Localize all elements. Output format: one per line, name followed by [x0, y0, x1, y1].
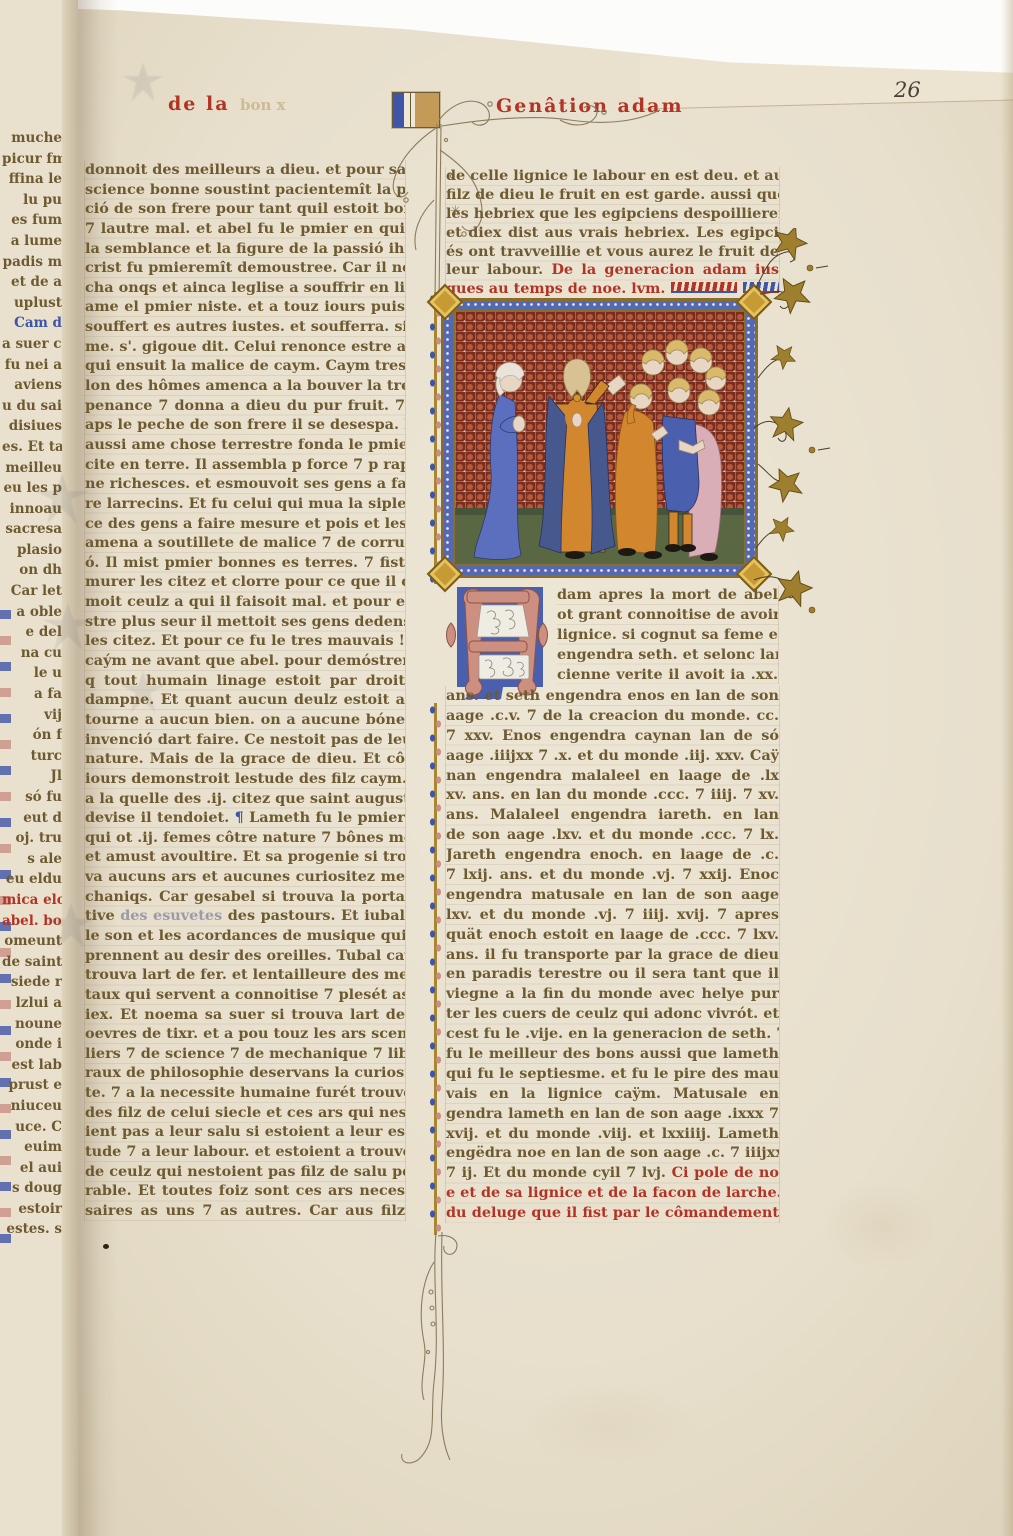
running-title-ghost-offset: bon x [240, 96, 286, 114]
text-line: picur fm [2, 149, 62, 170]
text-line: qui ot .ij. femes côtre nature 7 bônes m… [85, 828, 405, 848]
ivy-bar-border-lower [430, 703, 441, 1235]
text-line: q tout humain linage estoit par droit [85, 671, 405, 691]
miniature-frame [441, 298, 758, 578]
text-line: uplust [2, 293, 62, 314]
text-line: es. Et ta [2, 437, 62, 458]
text-line: saires as uns 7 as autres. Car aus filz [85, 1201, 405, 1221]
text-line: de ceulz qui nestoient pas filz de salu … [85, 1162, 405, 1182]
text-line: estoir [2, 1199, 62, 1220]
page-right-edge [1001, 0, 1013, 1536]
text-line: lon des hômes amenca a la bouver la tre [85, 376, 405, 396]
text-line: ot grant connoitise de avoir [557, 605, 778, 625]
text-line: qui ensuit la malice de caym. Caym tres … [85, 356, 405, 376]
text-column-2-body: ans. et seth engendra enos en lan de son… [445, 686, 780, 1223]
text-line: le son et les acordances de musique qui … [85, 926, 405, 946]
text-line: chaniqs. Car gesabel si trouva la porta [85, 887, 405, 907]
text-line: és ont travveillie et vous aurez le frui… [446, 243, 779, 262]
text-line: u du sai [2, 396, 62, 417]
text-line: de saint [2, 952, 62, 973]
text-line: re larrecins. Et fu celui qui mua la sip… [85, 494, 405, 514]
text-line: 7 ij. Et du monde cyil 7 lvj. Ci pole de… [446, 1163, 779, 1183]
text-line: viegne a la fin du monde avec helye pur [446, 984, 779, 1004]
text-line: va aucuns ars et aucunes curiositez me [85, 867, 405, 887]
text-line: aps le peche de son frere il se desespa.… [85, 415, 405, 435]
text-line: ció de son frere pour tant quil estoit b… [85, 199, 405, 219]
text-line: tive des esuvetes des pastours. Et iubal [85, 906, 405, 926]
text-line: gendra lameth en lan de son aage .ixxx 7 [446, 1104, 779, 1124]
text-line: siede r [2, 972, 62, 993]
gold-ivy-leaf-spray [752, 228, 838, 614]
miniature-adam-eve-and-descendants [453, 310, 746, 566]
text-line: ans. il fu transporte par la grace de di… [446, 945, 779, 965]
text-line: lxv. et du monde .vj. 7 iiij. xvij. 7 ap… [446, 905, 779, 925]
text-line: les hebriex que les egipciens despoillie… [446, 205, 779, 224]
text-line: raux de philosophie deservans la curiosi [85, 1063, 405, 1083]
text-line: souffert es autres iustes. et soufferra.… [85, 317, 405, 337]
text-line: aviens [2, 375, 62, 396]
text-line: ón f [2, 725, 62, 746]
text-line: de celle lignice le labour en est deu. e… [446, 167, 779, 186]
text-line: eut d [2, 808, 62, 829]
text-line: ne richesces. et esmouvoit ses gens a fa… [85, 474, 405, 494]
text-line: cha onqs et ainca leglise a souffrir en … [85, 278, 405, 298]
ivy-bar-border-upper [430, 292, 441, 584]
previous-folio-text-fragments: muchepicur fmffina lelu pues fuma lumepa… [2, 128, 62, 1240]
text-line: invenció dart faire. Ce nestoit pas de l… [85, 730, 405, 750]
text-line: 7 lxij. ans. et du monde .vj. 7 xxij. En… [446, 865, 779, 885]
text-line: ient pas a leur salu si estoient a leur … [85, 1122, 405, 1142]
text-line: te. 7 a la necessite humaine furét trouv… [85, 1083, 405, 1103]
text-line: Car let [2, 581, 62, 602]
line-filler-ornament [671, 282, 737, 293]
text-line: turc [2, 746, 62, 767]
text-line: xvij. et du monde .viij. et lxxiiij. Lam… [446, 1124, 779, 1144]
text-line: nature. Mais de la grace de dieu. Et cô [85, 749, 405, 769]
text-line: muche [2, 128, 62, 149]
text-line: ame el pmier niste. et a touz iours puis [85, 297, 405, 317]
text-line: a la quelle des .ij. citez que saint aug… [85, 789, 405, 809]
text-line: s ale [2, 849, 62, 870]
manuscript-page: muchepicur fmffina lelu pues fuma lumepa… [0, 0, 1013, 1536]
text-line: aage .c.v. 7 de la creacion du monde. cc… [446, 706, 779, 726]
text-line: xv. ans. en lan du monde .ccc. 7 iiij. 7… [446, 785, 779, 805]
text-line: s doug [2, 1178, 62, 1199]
text-line: et de a [2, 272, 62, 293]
text-column-1: donnoit des meilleurs a dieu. et pour sa… [84, 160, 406, 1221]
text-line: donnoit des meilleurs a dieu. et pour sa… [85, 160, 405, 180]
text-line: só fu [2, 787, 62, 808]
text-line: quät enoch estoit en laage de .ccc. 7 lx… [446, 925, 779, 945]
text-line: eu eldu [2, 869, 62, 890]
text-line: penance 7 donna a dieu du pur fruit. 7 [85, 396, 405, 416]
text-line: Jareth engendra enoch. en laage de .c. [446, 845, 779, 865]
text-line: devise il tendoiet. ¶ Lameth fu le pmier [85, 808, 405, 828]
text-line: iex. Et noema sa suer si trouva lart de [85, 1005, 405, 1025]
text-column-2-beside-initial: dam apres la mort de abelot grant connoi… [557, 585, 779, 684]
text-line: 7 xxv. Enos engendra caynan lan de só [446, 726, 779, 746]
text-line: oevres de tixr. et a pou touz les ars sc… [85, 1024, 405, 1044]
text-line: Jl [2, 766, 62, 787]
text-line: onde i [2, 1034, 62, 1055]
text-line: ffina le [2, 169, 62, 190]
text-line: prust e [2, 1075, 62, 1096]
text-line: filz de dieu le fruit en est garde. auss… [446, 186, 779, 205]
text-line: nan engendra malaleel en laage de .lx [446, 766, 779, 786]
illuminated-initial-A [443, 583, 551, 703]
text-line: oj. tru [2, 828, 62, 849]
pen-flourish-tail [398, 1232, 488, 1467]
showthrough-ivy-leaf [120, 60, 166, 106]
text-line: le u [2, 663, 62, 684]
text-line: 7 lautre mal. et abel fu le pmier en qui [85, 219, 405, 239]
text-line: plasio [2, 540, 62, 561]
text-line: et amust avoultire. Et sa progenie si tr… [85, 847, 405, 867]
text-line: me. s'. gigoue dit. Celui renonce estre … [85, 337, 405, 357]
text-line: qui fu le septiesme. et fu le pire des m… [446, 1064, 779, 1084]
text-line: niuceu [2, 1096, 62, 1117]
text-line: engëdra noe en lan de son aage .c. 7 iii… [446, 1143, 779, 1163]
text-line: fu le meilleur des bons aussi que lameth [446, 1044, 779, 1064]
text-line: lzlui a [2, 993, 62, 1014]
miniature-figure-group-descendants [615, 340, 726, 561]
text-line: aussi ame chose terrestre fonda le pmier [85, 435, 405, 455]
text-line: ans. Malaleel engendra iareth. en lan [446, 805, 779, 825]
text-line: trouva lart de fer. et lentailleure des … [85, 965, 405, 985]
text-line: fu nei a [2, 355, 62, 376]
showthrough-ivy-leaf [32, 470, 92, 530]
text-line: en paradis terestre ou il sera tant que … [446, 964, 779, 984]
text-line: on dh [2, 560, 62, 581]
text-line: e et de sa lignice et de la facon de lar… [446, 1183, 779, 1203]
text-line: a suer cal [2, 334, 62, 355]
text-line: cest fu le .vije. en la generacion de se… [446, 1024, 779, 1044]
text-column-2-top: de celle lignice le labour en est deu. e… [445, 167, 780, 299]
text-line: ans. et seth engendra enos en lan de son [446, 686, 779, 706]
text-line: lu pu [2, 190, 62, 211]
text-line: engendra seth. et selonc lan [557, 645, 778, 665]
text-line: engendra matusale en lan de son aage [446, 885, 779, 905]
text-line: est lab [2, 1055, 62, 1076]
text-line: murer les citez et clorre pour ce que il… [85, 572, 405, 592]
text-line: Cam d [2, 313, 62, 334]
text-line: prennent au desir des oreilles. Tubal ca… [85, 946, 405, 966]
text-line: padis m [2, 252, 62, 273]
text-line: aage .iiijxx 7 .x. et du monde .iij. xxv… [446, 746, 779, 766]
text-line: dampne. Et quant aucun deulz estoit a [85, 690, 405, 710]
text-line: estes. s [2, 1219, 62, 1240]
parchment-stain [520, 1380, 700, 1470]
text-line: stre plus seur il mettoit ses gens deden… [85, 612, 405, 632]
text-line: noune [2, 1014, 62, 1035]
text-line: moit ceulz a qui il faisoit mal. et pour… [85, 592, 405, 612]
miniature-scene [455, 312, 744, 564]
text-line: des filz de celui siecle et ces ars qui … [85, 1103, 405, 1123]
text-line: iours demonstroit lestude des filz caym. [85, 769, 405, 789]
text-line: a lume [2, 231, 62, 252]
folio-number: 26 [894, 78, 921, 102]
text-line: el aui [2, 1158, 62, 1179]
text-line: liers 7 de science 7 de mechanique 7 lib… [85, 1044, 405, 1064]
text-line: crist fu pmieremît demoustree. Car il ne… [85, 258, 405, 278]
text-line: vais en la lignice caÿm. Matusale en [446, 1084, 779, 1104]
ink-blot [103, 1244, 109, 1249]
text-line: la semblance et la figure de la passió i… [85, 239, 405, 259]
text-line: es fum [2, 210, 62, 231]
text-line: lignice. si cognut sa feme et [557, 625, 778, 645]
miniature-figure-eve [474, 362, 525, 559]
text-line: et diex dist aus vrais hebriex. Les egip… [446, 224, 779, 243]
text-line: taux qui servent a connoitise 7 plesét a… [85, 985, 405, 1005]
text-line: amena a soutillete de malice 7 de corrup… [85, 533, 405, 553]
text-line: uce. C [2, 1117, 62, 1138]
text-line: dam apres la mort de abel [557, 585, 778, 605]
text-line: tude 7 a leur labour. et estoient a trou… [85, 1142, 405, 1162]
text-line: ce des gens a faire mesure et pois et le… [85, 514, 405, 534]
text-line: les citez. Et pour ce fu le tres mauvais… [85, 631, 405, 651]
parchment-stain [820, 1180, 940, 1270]
text-line: rable. Et toutes foiz sont ces ars neces [85, 1181, 405, 1201]
text-line: cienne verite il avoit ia .xx. [557, 665, 778, 685]
text-line: caým ne avant que abel. pour demóstrer [85, 651, 405, 671]
text-line: ter les cuers de ceulz qui adonc vivrót.… [446, 1004, 779, 1024]
text-line: euim [2, 1137, 62, 1158]
text-line: disiues [2, 416, 62, 437]
text-line: ó. Il mist pmier bonnes es terres. 7 fis… [85, 553, 405, 573]
text-line: de son aage .lxv. et du monde .ccc. 7 lx… [446, 825, 779, 845]
text-line: cite en terre. Il assembla p force 7 p r… [85, 455, 405, 475]
text-line: a fa [2, 684, 62, 705]
text-line: leur labour. De la generacion adam ius [446, 261, 779, 280]
text-line: ques au temps de noe. lvm. [446, 280, 779, 299]
text-line: tourne a aucun bien. on a aucune bóne [85, 710, 405, 730]
running-title-left: de la [168, 93, 230, 115]
text-line: science bonne soustint pacientemît la ps… [85, 180, 405, 200]
text-line: du deluge que il fist par le cômandement [446, 1203, 779, 1223]
text-line: vij [2, 705, 62, 726]
